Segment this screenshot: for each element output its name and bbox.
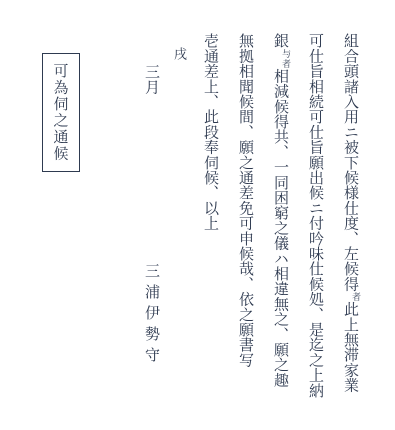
text-segment: 相減候得共、一同困窮之儀ハ相違無之、願之趣 xyxy=(272,68,290,387)
inline-small-note: 与者 xyxy=(280,49,290,69)
text-segment: 無拠相聞候間、願之通差免可申候哉、依之願書写 xyxy=(237,33,255,367)
text-segment: 可仕旨相続可仕旨願出候ニ付吟味仕候処、是迄之上納 xyxy=(307,33,325,398)
text-segment: 組合頭諸入用ニ被下候様仕度、左候得 xyxy=(342,33,360,291)
text-segment: 銀 xyxy=(272,33,290,48)
date-month: 三月 xyxy=(142,64,163,95)
text-segment: 此上無滞家業 xyxy=(342,301,360,392)
text-column: 銀与者相減候得共、一同困窮之儀ハ相違無之、願之趣 xyxy=(263,33,298,408)
text-column: 壱通差上、此段奉伺候、以上 xyxy=(193,33,228,408)
text-column: 可仕旨相続可仕旨願出候ニ付吟味仕候処、是迄之上納 xyxy=(298,33,333,408)
annotation-box: 可為伺之通候 xyxy=(42,53,80,172)
date-year-sign: 戌 xyxy=(169,47,188,60)
main-text: 組合頭諸入用ニ被下候様仕度、左候得者此上無滞家業可仕旨相続可仕旨願出候ニ付吟味仕… xyxy=(193,33,368,408)
text-segment: 壱通差上、此段奉伺候、以上 xyxy=(202,33,220,231)
signature: 三浦伊勢守 xyxy=(142,263,163,368)
annotation-box-text: 可為伺之通候 xyxy=(51,54,72,171)
document-page: 組合頭諸入用ニ被下候様仕度、左候得者此上無滞家業可仕旨相続可仕旨願出候ニ付吟味仕… xyxy=(0,0,395,430)
inline-small-note: 者 xyxy=(350,292,360,302)
text-column: 無拠相聞候間、願之通差免可申候哉、依之願書写 xyxy=(228,33,263,408)
text-column: 組合頭諸入用ニ被下候様仕度、左候得者此上無滞家業 xyxy=(333,33,368,408)
